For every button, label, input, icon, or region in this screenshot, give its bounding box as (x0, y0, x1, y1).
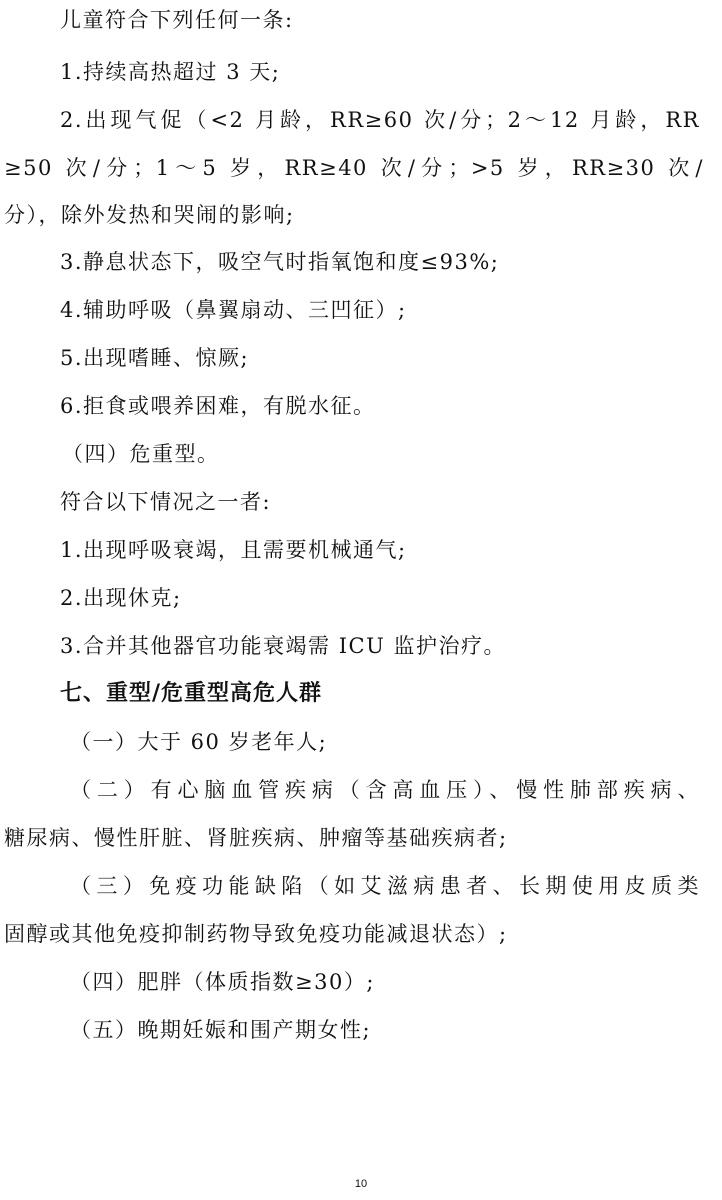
list-item-immunodeficiency: （三）免疫功能缺陷（如艾滋病患者、长期使用皮质类 (70, 872, 700, 900)
list-item-oxygen-saturation: 3.静息状态下，吸空气时指氧饱和度≤93%; (60, 248, 499, 276)
document-page: 儿童符合下列任何一条: 1.持续高热超过 3 天; 2.出现气促（<2 月龄，R… (0, 0, 722, 1200)
list-item-underlying-diseases-cont: 糖尿病、慢性肝脏、肾脏疾病、肿瘤等基础疾病者; (4, 824, 508, 852)
list-item-shortness-of-breath-end: 分），除外发热和哭闹的影响; (4, 201, 295, 229)
list-item-shock: 2.出现休克; (60, 584, 182, 612)
list-item-pregnancy: （五）晚期妊娠和围产期女性; (70, 1016, 371, 1044)
page-number: 10 (0, 1178, 722, 1190)
list-item-obesity: （四）肥胖（体质指数≥30）; (70, 968, 375, 996)
list-item-refusal-feeding: 6.拒食或喂养困难，有脱水征。 (60, 392, 376, 420)
section-critical-type-heading: （四）危重型。 (62, 440, 220, 468)
list-item-lethargy: 5.出现嗜睡、惊厥; (60, 344, 249, 372)
section-seven-heading: 七、重型/危重型高危人群 (60, 680, 322, 708)
list-item-high-fever: 1.持续高热超过 3 天; (60, 58, 280, 86)
list-item-shortness-of-breath-cont: ≥50 次/分；1～5 岁，RR≥40 次/分；>5 岁，RR≥30 次/ (4, 154, 704, 182)
list-item-respiratory-failure: 1.出现呼吸衰竭，且需要机械通气; (60, 536, 407, 564)
intro-critical-criteria: 符合以下情况之一者: (60, 488, 271, 516)
intro-children-criteria: 儿童符合下列任何一条: (60, 6, 294, 34)
list-item-elderly: （一）大于 60 岁老年人; (70, 728, 327, 756)
list-item-assisted-breathing: 4.辅助呼吸（鼻翼扇动、三凹征）; (60, 296, 407, 324)
list-item-immunodeficiency-cont: 固醇或其他免疫抑制药物导致免疫功能减退状态）; (4, 920, 508, 948)
list-item-organ-failure: 3.合并其他器官功能衰竭需 ICU 监护治疗。 (60, 632, 506, 660)
list-item-shortness-of-breath: 2.出现气促（<2 月龄，RR≥60 次/分；2～12 月龄，RR (60, 106, 700, 134)
list-item-underlying-diseases: （二）有心脑血管疾病（含高血压）、慢性肺部疾病、 (70, 776, 700, 804)
